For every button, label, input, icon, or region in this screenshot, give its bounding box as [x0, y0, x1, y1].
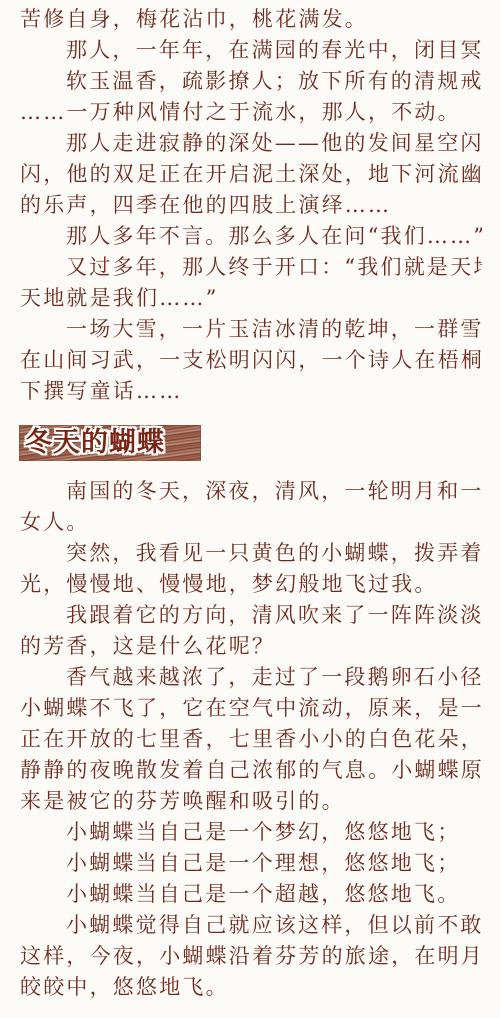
paragraph-line: 下撰写童话…… — [20, 376, 482, 406]
paragraph-first-line: 小蝴蝶当自己是一个超越，悠悠地飞。 — [66, 879, 482, 909]
paragraph-first-line: 软玉温香，疏影撩人；放下所有的清规戒律 — [66, 66, 482, 96]
paragraph-line: 的乐声，四季在他的四肢上演绎…… — [20, 190, 482, 220]
paragraph-first-line: 小蝴蝶当自己是一个梦幻，悠悠地飞； — [66, 817, 482, 847]
paragraph-first-line: 南国的冬天，深夜，清风，一轮明月和一个 — [66, 476, 482, 506]
paragraph-line: 这样，今夜，小蝴蝶沿着芬芳的旅途，在明月的 — [20, 941, 482, 971]
paragraph-first-line: 那人，一年年，在满园的春光中，闭目冥想。 — [66, 35, 482, 65]
paragraph-first-line: 一场大雪，一片玉洁冰清的乾坤，一群雪人 — [66, 314, 482, 344]
paragraph-line: ……一万种风情付之于流水，那人，不动。 — [20, 97, 482, 127]
scanned-page: 苦修自身，梅花沾巾，桃花满发。那人，一年年，在满园的春光中，闭目冥想。软玉温香，… — [0, 0, 500, 1018]
paragraph-line: 来是被它的芬芳唤醒和吸引的。 — [20, 786, 482, 816]
paragraph-line: 女人。 — [20, 507, 482, 537]
paragraph-first-line: 突然，我看见一只黄色的小蝴蝶，拨弄着月 — [66, 538, 482, 568]
paragraph-first-line: 又过多年，那人终于开口：“我们就是天地， — [66, 252, 482, 282]
section-heading: 冬天的蝴蝶 — [25, 425, 165, 461]
paragraph-line: 的芳香，这是什么花呢？ — [20, 631, 482, 661]
paragraph-first-line: 我跟着它的方向，清风吹来了一阵阵淡淡 — [66, 600, 482, 630]
paragraph-first-line: 小蝴蝶觉得自己就应该这样，但以前不敢 — [66, 910, 482, 940]
paragraph-line: 小蝴蝶不飞了，它在空气中流动，原来，是一株 — [20, 693, 482, 723]
paragraph-line: 闪，他的双足正在开启泥土深处，地下河流幽幽 — [20, 159, 482, 189]
paragraph-first-line: 那人走进寂静的深处——他的发间星空闪 — [66, 128, 482, 158]
paragraph-first-line: 那人多年不言。那么多人在问“我们……” — [66, 221, 482, 251]
paragraph-line: 天地就是我们……” — [20, 283, 482, 313]
paragraph-first-line: 香气越来越浓了，走过了一段鹅卵石小径， — [66, 662, 482, 692]
paragraph-line: 静静的夜晚散发着自己浓郁的气息。小蝴蝶原 — [20, 755, 482, 785]
paragraph-line: 光，慢慢地、慢慢地，梦幻般地飞过我。 — [20, 569, 482, 599]
paragraph-line: 在山间习武，一支松明闪闪，一个诗人在梧桐树 — [20, 345, 482, 375]
paragraph-line: 正在开放的七里香，七里香小小的白色花朵，在 — [20, 724, 482, 754]
paragraph-first-line: 小蝴蝶当自己是一个理想，悠悠地飞； — [66, 848, 482, 878]
paragraph-line: 苦修自身，梅花沾巾，桃花满发。 — [20, 4, 482, 34]
paragraph-line: 皎皎中，悠悠地飞。 — [20, 972, 482, 1002]
section-heading-banner: 冬天的蝴蝶 — [19, 425, 201, 461]
